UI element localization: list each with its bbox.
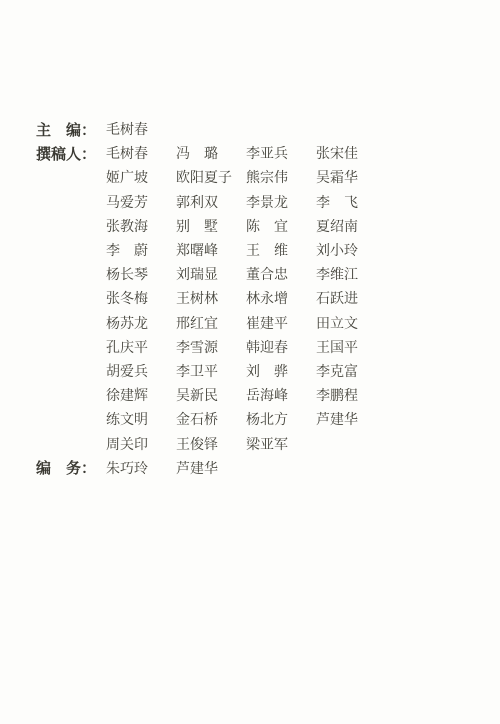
name: 朱巧玲 (106, 458, 176, 478)
name: 杨苏龙 (106, 313, 176, 333)
name: 韩迎春 (246, 337, 316, 357)
name: 熊宗伟 (246, 167, 316, 187)
contributors-row: 姬广坡 欧阳夏子 熊宗伟 吴霜华 (36, 165, 386, 189)
name: 张宋佳 (316, 143, 386, 163)
name: 李亚兵 (246, 143, 316, 163)
name: 李 蔚 (106, 240, 176, 260)
contributors-row: 徐建辉 吴新民 岳海峰 李鹏程 (36, 383, 386, 407)
name: 吴霜华 (316, 167, 386, 187)
name: 刘 骅 (246, 361, 316, 381)
name: 毛树春 (106, 143, 176, 163)
name: 冯 璐 (176, 143, 246, 163)
name: 孔庆平 (106, 337, 176, 357)
name: 董合忠 (246, 264, 316, 284)
name: 李维江 (316, 264, 386, 284)
name: 田立文 (316, 313, 386, 333)
name: 李景龙 (246, 192, 316, 212)
name: 芦建华 (176, 458, 246, 478)
name: 欧阳夏子 (176, 167, 246, 187)
name: 王俊铎 (176, 434, 246, 454)
name: 胡爱兵 (106, 361, 176, 381)
contributors-row: 周关印 王俊铎 梁亚军 (36, 431, 386, 455)
chief-editor-label: 主 编： (36, 119, 106, 140)
name: 邢红宜 (176, 313, 246, 333)
name: 杨北方 (246, 409, 316, 429)
name: 徐建辉 (106, 385, 176, 405)
name: 郭利双 (176, 192, 246, 212)
contributors-row: 张冬梅 王树林 林永增 石跃进 (36, 286, 386, 310)
name: 姬广坡 (106, 167, 176, 187)
name: 林永增 (246, 288, 316, 308)
contributors-row: 胡爱兵 李卫平 刘 骅 李克富 (36, 359, 386, 383)
name: 郑曙峰 (176, 240, 246, 260)
contributors-label: 撰稿人： (36, 143, 106, 164)
name: 李鹏程 (316, 385, 386, 405)
name: 练文明 (106, 409, 176, 429)
name: 马爱芳 (106, 192, 176, 212)
contributors-row: 练文明 金石桥 杨北方 芦建华 (36, 407, 386, 431)
name: 别 墅 (176, 216, 246, 236)
contributors-row: 张教海 别 墅 陈 宜 夏绍南 (36, 214, 386, 238)
name: 芦建华 (316, 409, 386, 429)
name: 陈 宜 (246, 216, 316, 236)
name: 张冬梅 (106, 288, 176, 308)
name: 毛树春 (106, 119, 176, 139)
contributors-row: 孔庆平 李雪源 韩迎春 王国平 (36, 335, 386, 359)
name: 李 飞 (316, 192, 386, 212)
editorial-affairs-label: 编 务： (36, 457, 106, 478)
name: 张教海 (106, 216, 176, 236)
chief-editor-row: 主 编： 毛树春 (36, 117, 386, 141)
name: 王国平 (316, 337, 386, 357)
contributors-row: 撰稿人： 毛树春 冯 璐 李亚兵 张宋佳 (36, 141, 386, 165)
name: 金石桥 (176, 409, 246, 429)
name: 李卫平 (176, 361, 246, 381)
name: 李雪源 (176, 337, 246, 357)
name: 王 维 (246, 240, 316, 260)
name: 吴新民 (176, 385, 246, 405)
name: 刘瑞显 (176, 264, 246, 284)
contributors-row: 杨苏龙 邢红宜 崔建平 田立文 (36, 311, 386, 335)
contributors-row: 杨长琴 刘瑞显 董合忠 李维江 (36, 262, 386, 286)
credits-list: 主 编： 毛树春 撰稿人： 毛树春 冯 璐 李亚兵 张宋佳 姬广坡 欧阳夏子 熊… (36, 117, 386, 480)
name: 夏绍南 (316, 216, 386, 236)
name: 周关印 (106, 434, 176, 454)
name: 石跃进 (316, 288, 386, 308)
name: 梁亚军 (246, 434, 316, 454)
name: 杨长琴 (106, 264, 176, 284)
contributors-row: 李 蔚 郑曙峰 王 维 刘小玲 (36, 238, 386, 262)
name: 李克富 (316, 361, 386, 381)
name: 崔建平 (246, 313, 316, 333)
name: 岳海峰 (246, 385, 316, 405)
name: 王树林 (176, 288, 246, 308)
editorial-affairs-row: 编 务： 朱巧玲 芦建华 (36, 456, 386, 480)
name: 刘小玲 (316, 240, 386, 260)
contributors-row: 马爱芳 郭利双 李景龙 李 飞 (36, 190, 386, 214)
